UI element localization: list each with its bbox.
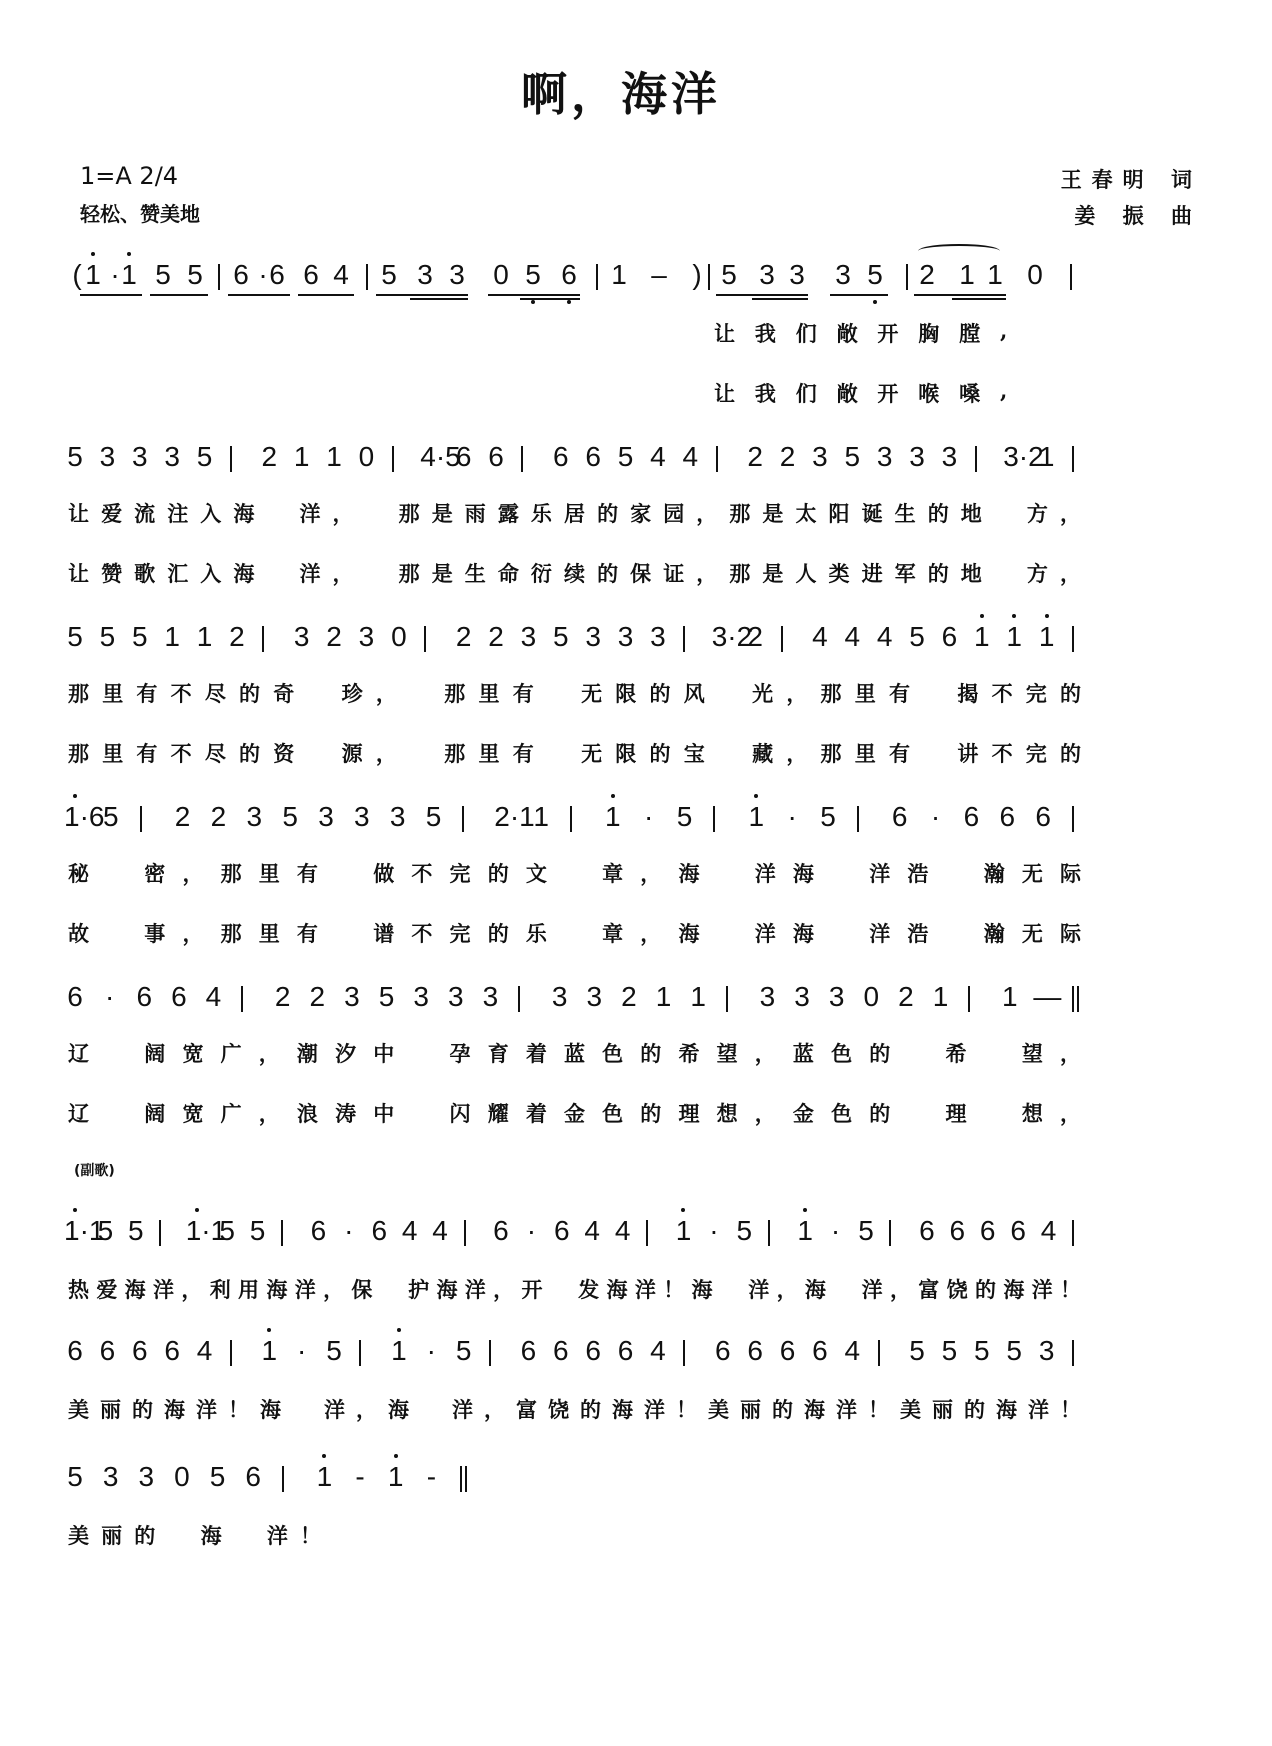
note: 6 xyxy=(582,440,604,474)
note: 6 xyxy=(946,1214,968,1248)
beam-underline xyxy=(488,294,580,296)
barline xyxy=(768,1220,770,1246)
note: 3 xyxy=(479,980,501,1014)
note: 5 xyxy=(674,800,696,834)
barline xyxy=(906,264,908,290)
note: 3 xyxy=(410,980,432,1014)
note: 5 xyxy=(216,1214,238,1248)
barline xyxy=(570,806,572,832)
note: 3·2 xyxy=(712,620,734,654)
note: 6 xyxy=(977,1214,999,1248)
beam-underline xyxy=(752,298,808,300)
note: 5 xyxy=(733,1214,755,1248)
score-line-7: 666641·51·5666646666455553 xyxy=(0,1334,1272,1394)
barline xyxy=(1072,626,1074,652)
note: 3 xyxy=(549,980,571,1014)
score-line-5: 6·6642235333332113330211— xyxy=(0,980,1272,1040)
note: · xyxy=(638,800,660,834)
note: 5 xyxy=(152,258,174,292)
barline xyxy=(781,626,783,652)
note: 4 xyxy=(330,258,352,292)
note: 6 xyxy=(809,1334,831,1368)
note: · xyxy=(825,1214,847,1248)
note: 3 xyxy=(414,258,436,292)
note: 5 xyxy=(1003,1334,1025,1368)
note: 6 xyxy=(777,1334,799,1368)
note: 1 xyxy=(602,800,624,834)
note: 6 xyxy=(996,800,1018,834)
barline xyxy=(462,806,464,832)
note: 1 xyxy=(161,620,183,654)
note: 1 xyxy=(1036,620,1058,654)
barline xyxy=(159,1220,161,1246)
note: 6 xyxy=(161,1334,183,1368)
note: 4 xyxy=(647,1334,669,1368)
beam-underline xyxy=(228,294,290,296)
beam-underline xyxy=(80,294,142,296)
note: · xyxy=(703,1214,725,1248)
barline xyxy=(596,264,598,290)
note: 2 xyxy=(744,620,766,654)
note: 3 xyxy=(1036,1334,1058,1368)
note: 1 xyxy=(984,258,1006,292)
note: 6 xyxy=(582,1334,604,1368)
note: 6 xyxy=(615,1334,637,1368)
note: 6 xyxy=(558,258,580,292)
note: 2 xyxy=(172,800,194,834)
note: 1 xyxy=(385,1460,407,1494)
key-time-signature: 1=A 2/4 xyxy=(80,162,178,190)
barline xyxy=(1070,264,1072,290)
lyrics-row4-v1: 秘密，那里有做不完的文章，海洋海洋浩瀚无际 xyxy=(0,858,1272,892)
note: · xyxy=(520,1214,542,1248)
note: 2 xyxy=(272,980,294,1014)
note: 1 xyxy=(687,980,709,1014)
note: 6 xyxy=(1007,1214,1029,1248)
note: 4 xyxy=(647,440,669,474)
note: 4 xyxy=(841,620,863,654)
note: 2 xyxy=(207,800,229,834)
note: 6 xyxy=(1032,800,1054,834)
note: 4 xyxy=(581,1214,603,1248)
barline xyxy=(140,806,142,832)
note: 6 xyxy=(889,800,911,834)
barline xyxy=(230,446,232,472)
beam-underline xyxy=(410,298,468,300)
note: 3 xyxy=(938,440,960,474)
barline xyxy=(716,446,718,472)
note: 2 xyxy=(744,440,766,474)
barline xyxy=(241,986,243,1012)
note: 4 xyxy=(399,1214,421,1248)
note: 0 xyxy=(388,620,410,654)
note: 1 xyxy=(794,1214,816,1248)
barline xyxy=(1072,986,1074,1012)
note: 3 xyxy=(832,258,854,292)
note: 6 xyxy=(230,258,252,292)
lyrics-verse1-intro: 让我们敞开胸膛, xyxy=(0,318,1272,352)
note: 5 xyxy=(423,800,445,834)
barline xyxy=(889,1220,891,1246)
barline xyxy=(708,264,710,290)
note: 1 xyxy=(672,1214,694,1248)
note: 3 xyxy=(135,1460,157,1494)
note: 1 xyxy=(1003,620,1025,654)
lyrics-row3-v2: 那里有不尽的资源，那里有无限的宝藏，那里有讲不完的 xyxy=(0,738,1272,772)
note: 5 xyxy=(841,440,863,474)
barline xyxy=(366,264,368,290)
score-line-intro: (1·1556·6645330561–)533352110 xyxy=(0,258,1272,318)
note: 4 xyxy=(841,1334,863,1368)
note: 1 xyxy=(999,980,1021,1014)
note: 3 xyxy=(906,440,928,474)
barline xyxy=(262,626,264,652)
barline xyxy=(424,626,426,652)
note: 6 xyxy=(551,1214,573,1248)
note: 1 xyxy=(82,258,104,292)
beam-underline xyxy=(914,294,1006,296)
note: 3 xyxy=(446,258,468,292)
note: 1 xyxy=(530,800,552,834)
note: 1·6 xyxy=(64,800,86,834)
beam-underline xyxy=(520,298,580,300)
note: 6 xyxy=(133,980,155,1014)
note: 5 xyxy=(971,1334,993,1368)
lyrics-row5-v1: 辽阔宽广，潮汐中孕育着蓝色的希望，蓝色的希望， xyxy=(0,1038,1272,1072)
beam-underline xyxy=(376,294,468,296)
note: 5 xyxy=(247,1214,269,1248)
note: 3 xyxy=(355,620,377,654)
note: 6 xyxy=(368,1214,390,1248)
note: 3 xyxy=(129,440,151,474)
note: 1 xyxy=(653,980,675,1014)
note: 2 xyxy=(323,620,345,654)
song-title: 啊，海洋 xyxy=(0,58,1242,124)
note: 1 xyxy=(313,1460,335,1494)
beam-underline xyxy=(716,294,808,296)
note: 5 xyxy=(938,1334,960,1368)
note: 2 xyxy=(916,258,938,292)
note: 1·1 xyxy=(186,1214,208,1248)
lyrics-row7-v1: 美丽的海洋！海洋，海洋，富饶的海洋！美丽的海洋！美丽的海洋！ xyxy=(0,1394,1272,1428)
note: 6 xyxy=(64,1334,86,1368)
note: 4 xyxy=(612,1214,634,1248)
lyrics-row4-v2: 故事，那里有谱不完的乐章，海洋海洋浩瀚无际 xyxy=(0,918,1272,952)
beam-underline xyxy=(150,294,208,296)
note: · xyxy=(781,800,803,834)
note: 5 xyxy=(94,1214,116,1248)
barline xyxy=(518,986,520,1012)
note: 3 xyxy=(351,800,373,834)
note: 6 xyxy=(96,1334,118,1368)
note: 6 xyxy=(307,1214,329,1248)
note: 3·2 xyxy=(1003,440,1025,474)
note: 3 xyxy=(445,980,467,1014)
note: 4 xyxy=(1038,1214,1060,1248)
note: 3 xyxy=(647,620,669,654)
note: 5 xyxy=(855,1214,877,1248)
note: 1 xyxy=(930,980,952,1014)
lyrics-row2-v2: 让赞歌汇入海洋，那是生命衍续的保证，那是人类进军的地方， xyxy=(0,558,1272,592)
note: 5 xyxy=(64,1460,86,1494)
note: 6 xyxy=(517,1334,539,1368)
note: 1 xyxy=(194,620,216,654)
barline xyxy=(460,1466,462,1492)
note: 3 xyxy=(615,620,637,654)
lyrics-row3-v1: 那里有不尽的奇珍，那里有无限的风光，那里有揭不完的 xyxy=(0,678,1272,712)
composer-credit: 姜 振 曲 xyxy=(1074,200,1202,230)
beam-underline xyxy=(952,298,1006,300)
note: 6 xyxy=(938,620,960,654)
note: — xyxy=(1033,980,1055,1014)
score-line-3: 555112323022353333·2244456111 xyxy=(0,620,1272,680)
barline xyxy=(1072,446,1074,472)
note: · xyxy=(420,1334,442,1368)
note: 6 xyxy=(712,1334,734,1368)
barline xyxy=(230,1340,232,1366)
barline xyxy=(726,986,728,1012)
note: 1 xyxy=(1036,440,1058,474)
note: 6 xyxy=(744,1334,766,1368)
lyrics-row5-v2: 辽阔宽广，浪涛中闪耀着金色的理想，金色的理想， xyxy=(0,1098,1272,1132)
note: 3 xyxy=(341,980,363,1014)
note: 6 xyxy=(550,440,572,474)
barline xyxy=(282,1466,284,1492)
note: 3 xyxy=(826,980,848,1014)
barline xyxy=(464,1220,466,1246)
note: 2 xyxy=(618,980,640,1014)
barline xyxy=(713,806,715,832)
barline xyxy=(392,446,394,472)
note: · xyxy=(338,1214,360,1248)
note: - xyxy=(420,1460,442,1494)
note: 4 xyxy=(194,1334,216,1368)
note: 5 xyxy=(864,258,886,292)
note: 5 xyxy=(64,620,86,654)
score-line-8: 5330561-1- xyxy=(0,1460,1272,1520)
note: 5 xyxy=(207,1460,229,1494)
barline xyxy=(683,1340,685,1366)
note: 4 xyxy=(679,440,701,474)
note: 5 xyxy=(194,440,216,474)
note: 5 xyxy=(279,800,301,834)
note: 3 xyxy=(786,258,808,292)
note: 1 xyxy=(291,440,313,474)
note: 1 xyxy=(608,258,630,292)
note: 3 xyxy=(582,620,604,654)
barline xyxy=(521,446,523,472)
note: 2 xyxy=(258,440,280,474)
note: 6 xyxy=(300,258,322,292)
note: 1 xyxy=(956,258,978,292)
tempo-mood: 轻松、赞美地 xyxy=(80,198,200,227)
note: 0 xyxy=(860,980,882,1014)
note: 5 xyxy=(615,440,637,474)
note: · xyxy=(291,1334,313,1368)
note: 0 xyxy=(490,258,512,292)
note: 5 xyxy=(96,620,118,654)
lyrics-row6-v1: 热爱海洋，利用海洋，保护海洋，开发海洋！海洋，海洋，富饶的海洋！ xyxy=(0,1274,1272,1308)
barline xyxy=(218,264,220,290)
beam-underline xyxy=(830,294,888,296)
note: 1 xyxy=(745,800,767,834)
barline xyxy=(359,1340,361,1366)
note: 2 xyxy=(777,440,799,474)
note: 2·1 xyxy=(494,800,516,834)
note: 5 xyxy=(376,980,398,1014)
note: 2 xyxy=(895,980,917,1014)
note: 5 xyxy=(323,1334,345,1368)
note: 5 xyxy=(817,800,839,834)
note: 4 xyxy=(809,620,831,654)
note: 3 xyxy=(791,980,813,1014)
barline xyxy=(878,1340,880,1366)
note: 4 xyxy=(202,980,224,1014)
lyrics-verse2-intro: 让我们敞开喉嗓, xyxy=(0,378,1272,412)
barline xyxy=(968,986,970,1012)
note: 3 xyxy=(291,620,313,654)
note: 4·5 xyxy=(420,440,442,474)
note: 3 xyxy=(874,440,896,474)
lyricist-credit: 王春明 词 xyxy=(1061,164,1202,194)
score-line-4: 1·65223533352·111·51·56·666 xyxy=(0,800,1272,860)
chorus-label: (副歌) xyxy=(74,1160,115,1180)
note: 2 xyxy=(226,620,248,654)
note: 5 xyxy=(906,1334,928,1368)
note: 3 xyxy=(809,440,831,474)
note: 3 xyxy=(756,258,778,292)
note: 6 xyxy=(242,1460,264,1494)
beam-underline xyxy=(298,294,354,296)
note: 6 xyxy=(960,800,982,834)
note: 3 xyxy=(243,800,265,834)
note: 1 xyxy=(118,258,140,292)
note: 5 xyxy=(718,258,740,292)
note: 5 xyxy=(522,258,544,292)
note: 5 xyxy=(453,1334,475,1368)
note: 6 xyxy=(485,440,507,474)
barline xyxy=(683,626,685,652)
score-line-2: 5333521104·5666654422353333·21 xyxy=(0,440,1272,500)
note: 0 xyxy=(171,1460,193,1494)
barline xyxy=(857,806,859,832)
note: 6 xyxy=(64,980,86,1014)
barline xyxy=(281,1220,283,1246)
note: 3 xyxy=(161,440,183,474)
barline xyxy=(1072,1340,1074,1366)
note: 5 xyxy=(550,620,572,654)
lyrics-row2-v1: 让爱流注入海洋，那是雨露乐居的家园，那是太阳诞生的地方， xyxy=(0,498,1272,532)
note: 1·1 xyxy=(64,1214,86,1248)
note: 1 xyxy=(971,620,993,654)
note: 5 xyxy=(64,440,86,474)
note: · xyxy=(99,980,121,1014)
notation-symbol: – xyxy=(648,258,670,292)
note: 6 xyxy=(453,440,475,474)
note: 3 xyxy=(756,980,778,1014)
note: 6 xyxy=(490,1214,512,1248)
note: 3 xyxy=(315,800,337,834)
note: 5 xyxy=(184,258,206,292)
note: 6 xyxy=(266,258,288,292)
note: 3 xyxy=(387,800,409,834)
barline xyxy=(975,446,977,472)
barline xyxy=(1072,1220,1074,1246)
note: 1 xyxy=(388,1334,410,1368)
notation-symbol: ) xyxy=(686,258,708,292)
note: 6 xyxy=(129,1334,151,1368)
note: 5 xyxy=(125,1214,147,1248)
slur xyxy=(918,244,1000,258)
note: 1 xyxy=(258,1334,280,1368)
note: 1 xyxy=(323,440,345,474)
note: 2 xyxy=(306,980,328,1014)
note: 5 xyxy=(906,620,928,654)
note: 6 xyxy=(168,980,190,1014)
note: 3 xyxy=(517,620,539,654)
note: 0 xyxy=(1024,258,1046,292)
note: 5 xyxy=(100,800,122,834)
note: 4 xyxy=(429,1214,451,1248)
note: 3 xyxy=(96,440,118,474)
note: 5 xyxy=(378,258,400,292)
note: 6 xyxy=(550,1334,572,1368)
barline xyxy=(489,1340,491,1366)
note: 0 xyxy=(355,440,377,474)
note: 3 xyxy=(100,1460,122,1494)
note: 5 xyxy=(129,620,151,654)
note: - xyxy=(349,1460,371,1494)
note: 3 xyxy=(583,980,605,1014)
score-line-6: 1·1551·1556·6446·6441·51·566664 xyxy=(0,1214,1272,1274)
note: · xyxy=(925,800,947,834)
note: 2 xyxy=(453,620,475,654)
note: 6 xyxy=(916,1214,938,1248)
note: 4 xyxy=(874,620,896,654)
barline xyxy=(646,1220,648,1246)
note: 2 xyxy=(485,620,507,654)
barline xyxy=(1072,806,1074,832)
lyrics-row8-v1: 美丽的海洋！ xyxy=(0,1520,1272,1554)
